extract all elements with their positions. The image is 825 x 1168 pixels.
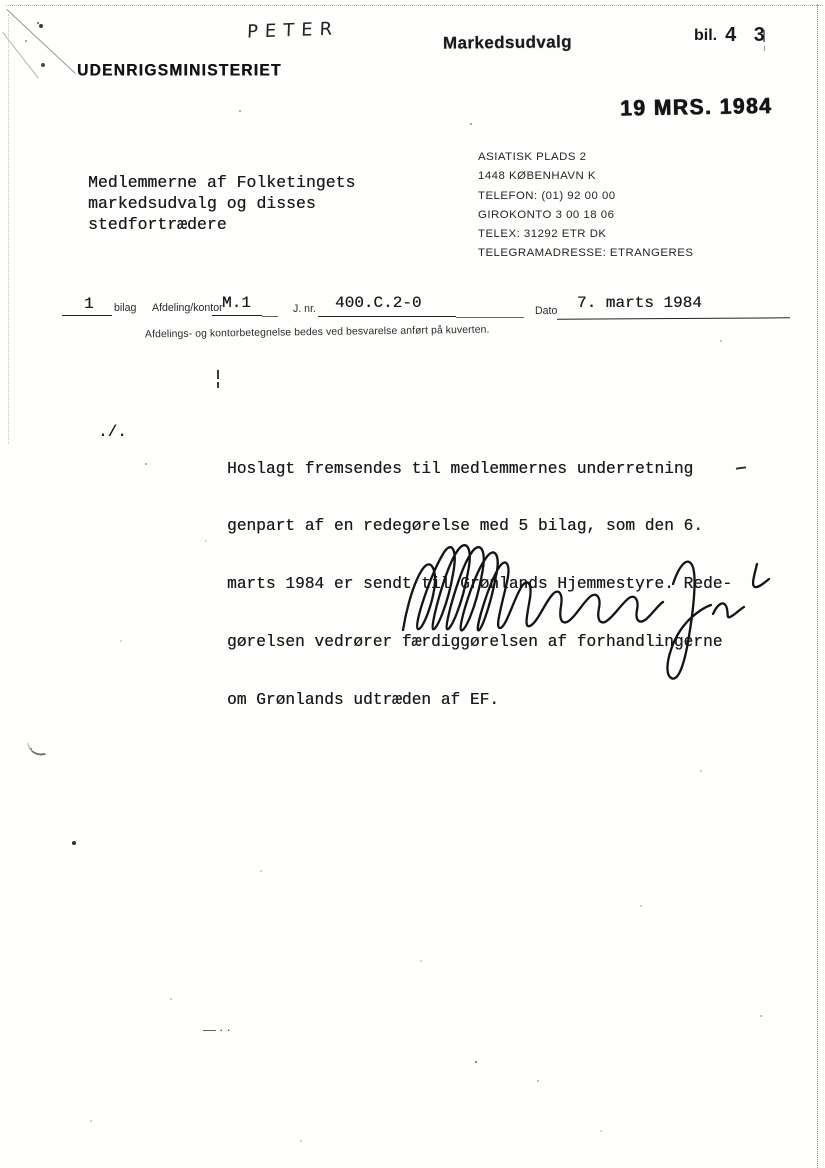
- recipient-line: markedsudvalg og disses: [88, 193, 355, 214]
- afdeling-kontor-value: M.1: [222, 294, 251, 312]
- sender-line: ASIATISK PLADS 2: [478, 148, 693, 167]
- scan-noise-specks: [0, 0, 2, 2]
- sender-line: 1448 KØBENHAVN K: [478, 167, 693, 186]
- bilag-label: bilag: [114, 302, 136, 314]
- afdeling-kontor-label: Afdeling/kontor: [152, 302, 223, 314]
- sender-line: GIROKONTO 3 00 18 06: [478, 206, 693, 225]
- sender-line: TELEGRAMADRESSE: ETRANGERES: [478, 244, 693, 263]
- recipient-line: stedfortrædere: [88, 214, 355, 235]
- recipient-address-block: Medlemmerne af Folketingets markedsudval…: [88, 172, 355, 235]
- stray-dash-mark: [736, 466, 746, 469]
- journal-number-underline: [318, 316, 456, 317]
- reference-footnote: Afdelings- og kontorbetegnelse bedes ved…: [145, 325, 490, 341]
- date-value: 7. marts 1984: [577, 294, 702, 312]
- sender-address-block: ASIATISK PLADS 2 1448 KØBENHAVN K TELEFO…: [478, 148, 693, 264]
- journal-number-underline-ext: [456, 317, 524, 318]
- attachment-ref-number: 4 3: [725, 24, 771, 47]
- handwritten-name-note: PETER: [247, 18, 340, 42]
- pen-hook-mark: [27, 741, 45, 757]
- journal-number-label: J. nr.: [293, 303, 316, 315]
- recipient-line: Medlemmerne af Folketingets: [88, 172, 355, 193]
- scan-edge-right: [817, 4, 818, 1168]
- received-date-stamp: 19 MRS. 1984: [620, 94, 773, 122]
- scan-edge-top: [6, 5, 823, 6]
- afdeling-underline-ext: [262, 316, 278, 317]
- date-underline: [557, 317, 790, 319]
- signature-scrawl-icon: [393, 522, 778, 700]
- scanned-letter-page: PETER Markedsudvalg bil. 4 3 UDENRIGSMIN…: [0, 0, 825, 1168]
- bilag-underline: [62, 315, 112, 316]
- corner-fold-line: [6, 9, 75, 74]
- enclosure-mark: ./.: [98, 423, 127, 441]
- afdeling-underline: [212, 315, 262, 316]
- body-line: Hoslagt fremsendes til medlemmernes unde…: [227, 460, 732, 479]
- date-label: Dato: [535, 305, 557, 317]
- ministry-letterhead: UDENRIGSMINISTERIET: [77, 61, 282, 80]
- end-of-document-mark: —··: [203, 1022, 234, 1037]
- committee-stamp: Markedsudvalg: [443, 32, 572, 53]
- attachment-ref-label: bil.: [694, 27, 717, 45]
- sender-line: TELEFON: (01) 92 00 00: [478, 187, 693, 206]
- bilag-count-value: 1: [84, 295, 94, 313]
- sender-line: TELEX: 31292 ETR DK: [478, 225, 693, 244]
- journal-number-value: 400.C.2-0: [335, 294, 421, 312]
- scan-edge-left: [8, 14, 9, 444]
- attachment-reference: bil. 4 3: [694, 27, 771, 47]
